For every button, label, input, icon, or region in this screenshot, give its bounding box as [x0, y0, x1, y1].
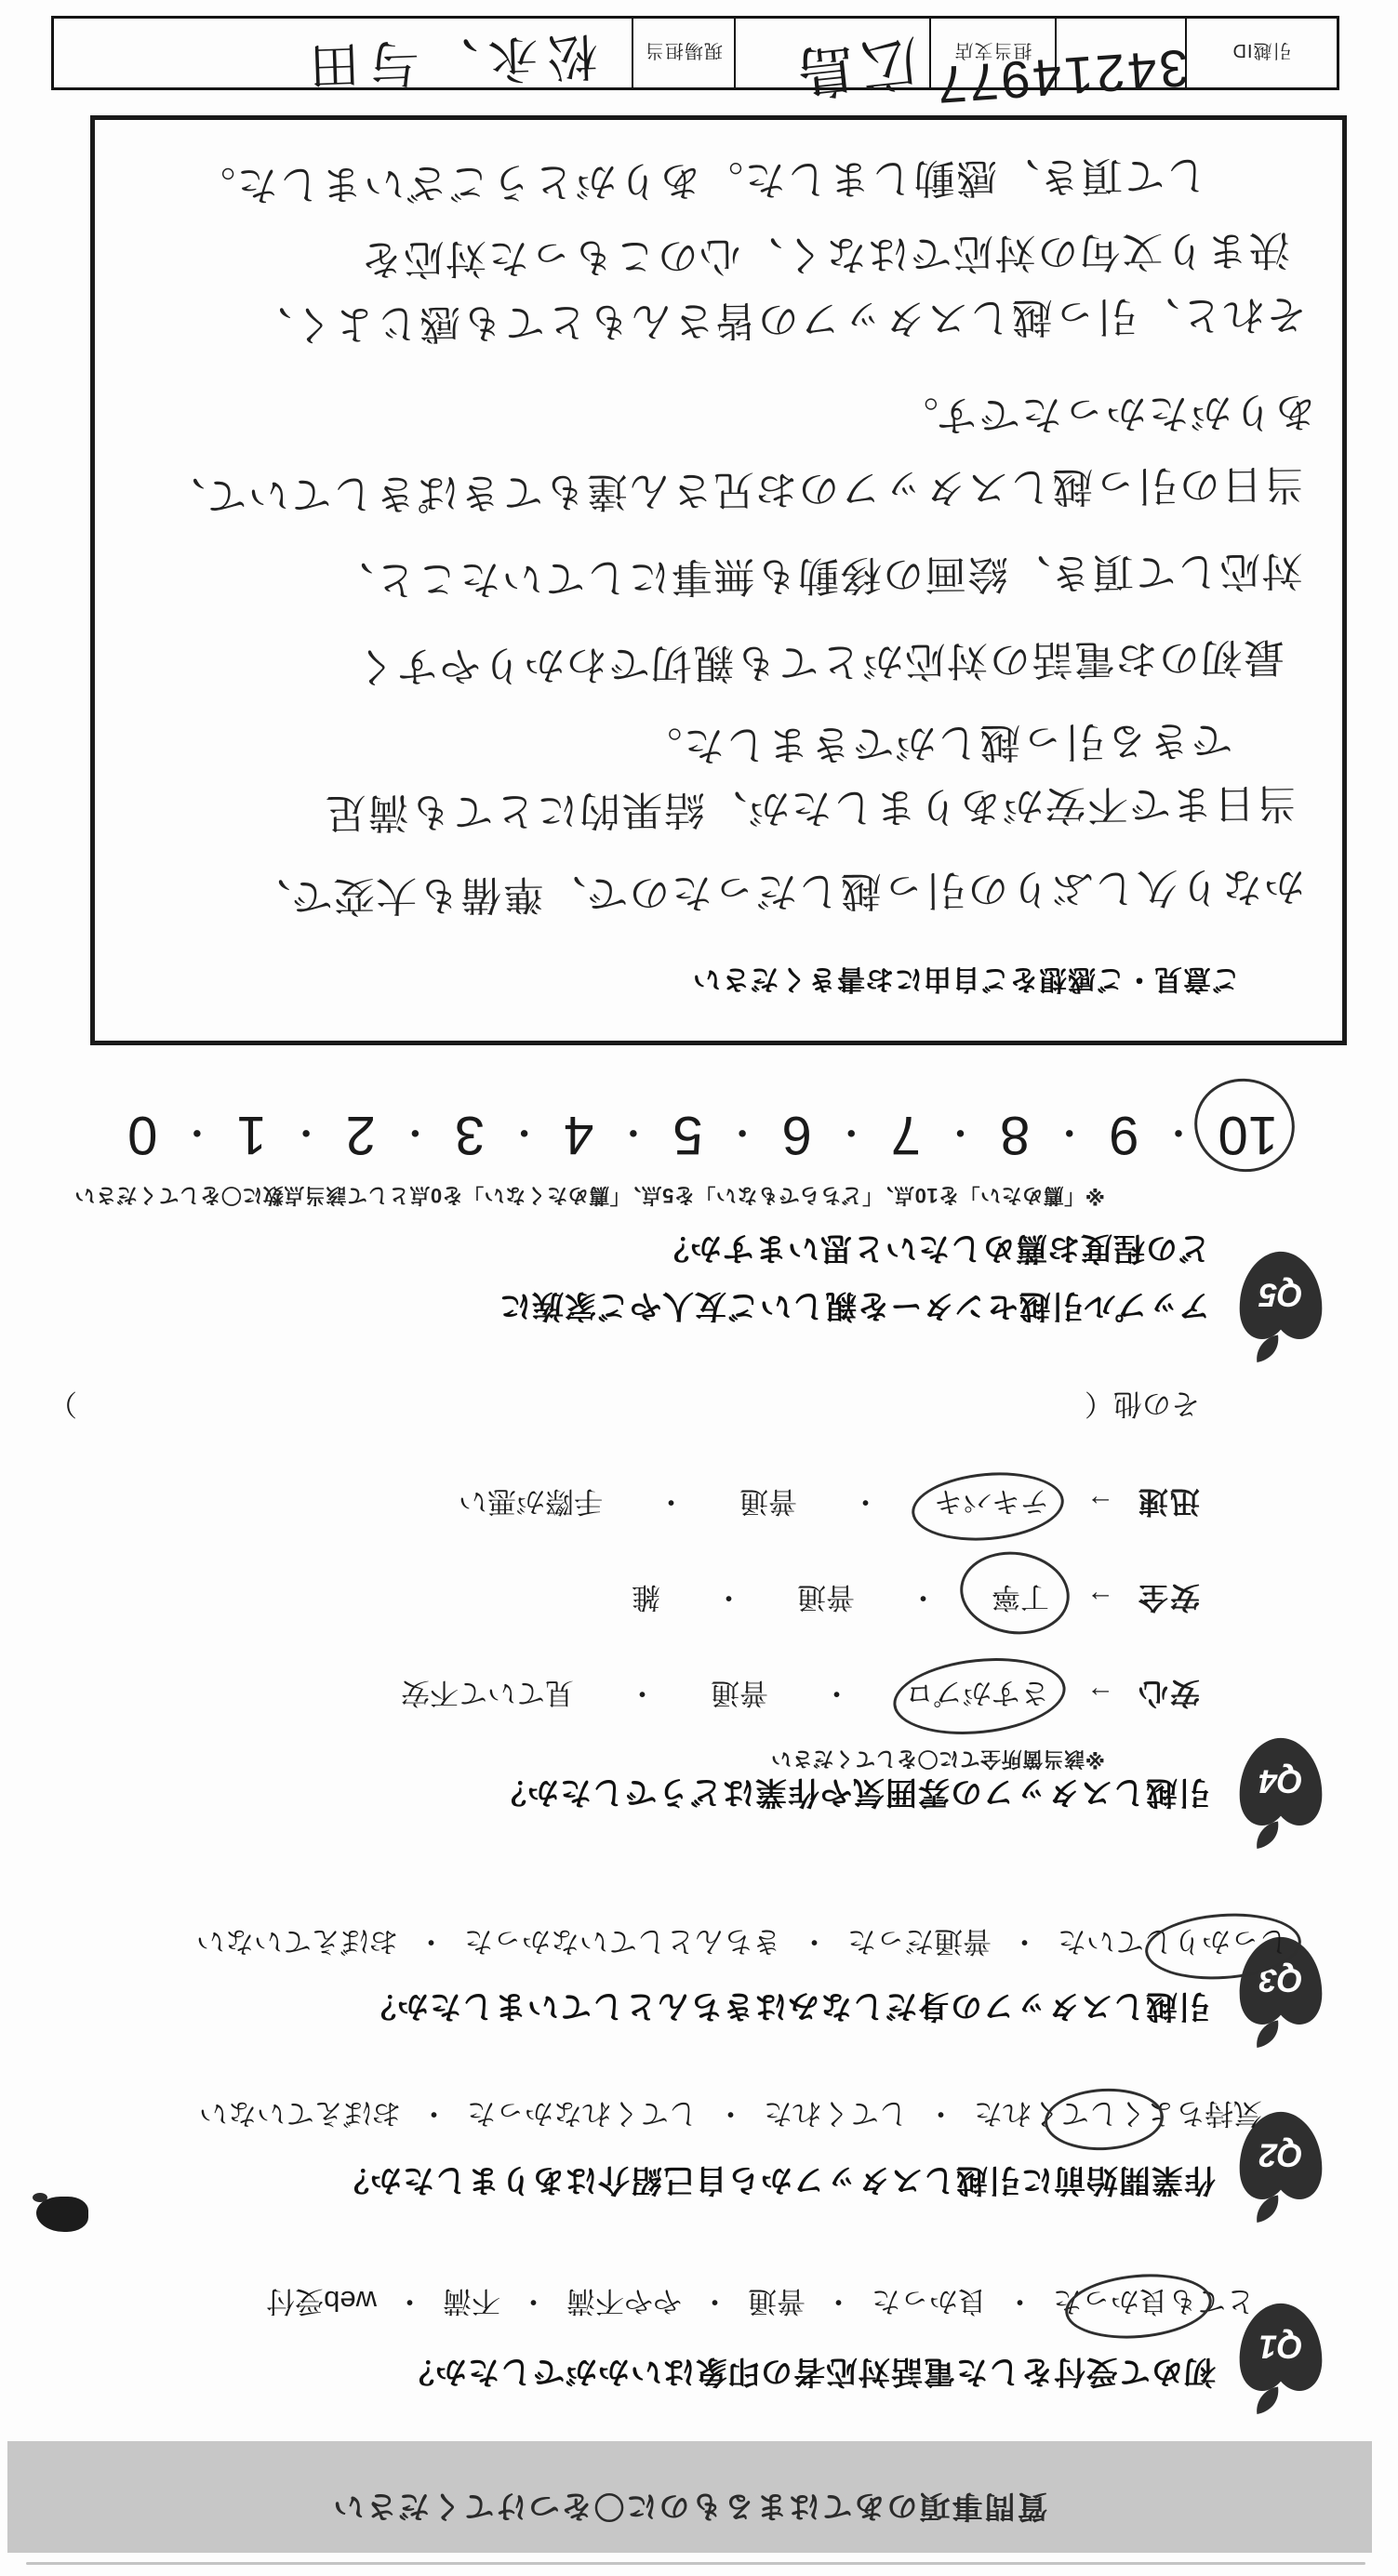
option-separator [419, 2095, 448, 2137]
apple-icon: Q5 [1229, 1245, 1333, 1364]
option-separator [519, 2283, 548, 2325]
q3-option: 普通だった [842, 1921, 997, 1967]
scale-value: 4 [560, 1104, 597, 1166]
q1-options: とても良かった 良かった 普通 やや不満 不満 web受付 [260, 2281, 1260, 2327]
handwritten-line: 当日まで不安がありましたが、結果的にとても満足 [324, 777, 1298, 847]
q4-row-option: 普通 [792, 1577, 860, 1623]
q1-option: やや不満 [561, 2281, 687, 2327]
staff-label-cell: 現場担当 [632, 19, 734, 87]
scale-separator [1160, 1109, 1197, 1162]
option-separator [822, 1675, 851, 1717]
q5-rating-scale: 10 9 8 7 6 5 4 3 2 1 0 [124, 1104, 1282, 1166]
handwritten-line: できる引っ越しができました。 [640, 714, 1233, 780]
handwritten-line: 対応して頂き、絵画の移動も無事にしていたこと、 [331, 545, 1303, 615]
option-separator [628, 1675, 657, 1717]
q4-row-label: 安全 [1137, 1579, 1200, 1622]
option-separator [700, 2283, 729, 2325]
comment-box-instruction: ご意見・ご感想をご自由にお書きください [692, 962, 1240, 1003]
q5-text-line2: どの程度お薦めしたいと思いますか？ [657, 1228, 1210, 1274]
q4-row-option-selected: テキパキ [928, 1481, 1055, 1527]
scale-value: 5 [669, 1104, 706, 1166]
q4-text: 引越しスタッフの雰囲気や作業はどうでしたか？ [494, 1773, 1210, 1818]
handwritten-line: それと、引っ越しスタッフの皆さんもとても感じよく、 [249, 288, 1307, 359]
q4-badge: Q4 [1229, 1727, 1333, 1851]
arrow-icon: → [1073, 1489, 1118, 1520]
q3-option: きちんとしていなかった [459, 1921, 787, 1967]
handwritten-line: かなり久しぶりの引っ越しだったので、準備も大変で、 [248, 860, 1305, 931]
scale-separator [724, 1109, 761, 1162]
move-id-label-cell: 引越ID [1185, 19, 1337, 87]
scale-separator [506, 1109, 543, 1162]
q3-option-selected: しっかりしていた [1052, 1921, 1294, 1967]
scale-value: 6 [779, 1104, 816, 1166]
option-separator [395, 2283, 424, 2325]
q1-option: 普通 [742, 2281, 811, 2327]
q2-option: おぼえていない [193, 2093, 406, 2139]
q3-text: 引越しスタッフの身だしなみはきちんとしていましたか？ [364, 1986, 1210, 2032]
scale-value: 3 [451, 1104, 488, 1166]
option-separator [657, 1483, 686, 1525]
q1-option: web受付 [260, 2281, 382, 2327]
option-separator [1010, 1923, 1039, 1965]
arrow-icon: → [1073, 1680, 1118, 1712]
q1-option: 良かった [866, 2281, 992, 2327]
scale-value: 0 [124, 1104, 161, 1166]
staff-handwritten-value: 松永、与田 [300, 23, 599, 105]
q2-option: してくれた [758, 2093, 913, 2139]
handwritten-line: 当日の引っ越しスタッフのお兄さん達もてきぱきしていて、 [163, 458, 1305, 530]
paper-edge-line [26, 2562, 1365, 2565]
scale-value: 8 [996, 1104, 1033, 1166]
q4-row-anshin: 安心 → さすがプロ 普通 見ていて不安 [395, 1673, 1200, 1719]
option-separator [417, 1923, 446, 1965]
q2-text: 作業開始前に引越しスタッフから自己紹介はありましたか？ [337, 2160, 1216, 2206]
q4-row-anzen: 安全 → 丁寧 普通 雑 [626, 1577, 1200, 1623]
apple-icon: Q4 [1229, 1732, 1333, 1851]
q4-row-option: 見ていて不安 [395, 1673, 579, 1719]
q4-row-label: 迅速 [1137, 1483, 1200, 1526]
ink-smudge-small [33, 2193, 47, 2202]
scale-separator [287, 1109, 325, 1162]
scale-value: 2 [342, 1104, 379, 1166]
upside-down-sheet: 質問事項のあてはまるものに〇をつけてください Q1 初めて受付をした電話対応者の… [0, 0, 1398, 2576]
scale-separator [179, 1109, 216, 1162]
q2-options: 気持ちよくしてくれた してくれた してくれなかった おぼえていない [193, 2093, 1268, 2139]
q5-badge-label: Q5 [1258, 1276, 1303, 1313]
q4-row-option: 普通 [734, 1481, 803, 1527]
q4-row-option: 雑 [626, 1577, 666, 1623]
section-header-text: 質問事項のあてはまるものに〇をつけてください [332, 2488, 1048, 2531]
q4-badge-label: Q4 [1258, 1762, 1303, 1799]
q5-text-line1: アップル引越センターを親しいご友人やご家族に [499, 1286, 1210, 1332]
section-header-bar: 質問事項のあてはまるものに〇をつけてください [7, 2441, 1372, 2553]
q1-badge-label: Q1 [1258, 2328, 1302, 2365]
option-separator [851, 1483, 880, 1525]
ink-smudge [36, 2197, 88, 2232]
scale-separator [832, 1109, 870, 1162]
q4-row-option-selected: 丁寧 [986, 1577, 1055, 1623]
scale-separator [615, 1109, 652, 1162]
q4-row-option: 普通 [705, 1673, 774, 1719]
scale-value: 7 [887, 1104, 925, 1166]
handwritten-line: 最初のお電話の対応がとても親切でわかりやすく [353, 631, 1285, 700]
option-separator [926, 2095, 955, 2137]
q4-row-option-selected: さすがプロ [899, 1673, 1055, 1719]
option-separator [1005, 2283, 1034, 2325]
q4-note: ※該当箇所全てに〇をしてください [771, 1746, 1105, 1774]
q2-badge-label: Q2 [1258, 2136, 1303, 2173]
option-separator [716, 2095, 745, 2137]
q3-option: おぼえていない [191, 1921, 404, 1967]
scale-value: 1 [233, 1104, 270, 1166]
staff-label: 現場担当 [645, 40, 723, 67]
q5-note: ※「薦めたい」を10点、「どちらでもない」を5点、「薦めたくない」を0点として該… [74, 1182, 1105, 1211]
scale-separator [942, 1109, 979, 1162]
q4-other-close-paren: ） [48, 1386, 77, 1427]
q2-option-selected: 気持ちよくしてくれた [968, 2093, 1268, 2139]
branch-handwritten-value: 広島 [789, 24, 924, 120]
handwritten-line: ありがたかったです。 [896, 386, 1316, 450]
scale-separator [396, 1109, 433, 1162]
option-separator [824, 2283, 853, 2325]
option-separator [714, 1579, 743, 1621]
scanned-survey-page: 質問事項のあてはまるものに〇をつけてください Q1 初めて受付をした電話対応者の… [0, 0, 1398, 2576]
arrow-icon: → [1073, 1585, 1118, 1616]
q3-options: しっかりしていた 普通だった きちんとしていなかった おぼえていない [191, 1921, 1294, 1967]
q4-row-jinsoku: 迅速 → テキパキ 普通 手際が悪い [453, 1481, 1200, 1527]
q5-badge: Q5 [1229, 1241, 1333, 1364]
scale-value: 9 [1105, 1104, 1142, 1166]
q2-option: してくれなかった [461, 2093, 703, 2139]
q1-text: 初めて受付をした電話対応者の印象はいかがでしたか？ [402, 2352, 1216, 2397]
q3-badge-label: Q3 [1258, 1961, 1303, 1998]
q4-other-label: その他（ [1085, 1386, 1200, 1427]
handwritten-line: して頂き、感動しました。ありがとうございました。 [193, 149, 1207, 219]
move-id-label: 引越ID [1232, 40, 1292, 67]
q4-row-option: 手際が悪い [453, 1481, 608, 1527]
handwritten-line: 決まり文句の対応ではなく、心のこもった対応を [360, 224, 1291, 293]
q4-row-label: 安心 [1137, 1675, 1200, 1718]
option-separator [909, 1579, 938, 1621]
scale-separator [1051, 1109, 1088, 1162]
q1-option: 不満 [437, 2281, 506, 2327]
q1-option-selected: とても良かった [1047, 2281, 1260, 2327]
scale-value-selected: 10 [1214, 1104, 1282, 1166]
option-separator [800, 1923, 829, 1965]
